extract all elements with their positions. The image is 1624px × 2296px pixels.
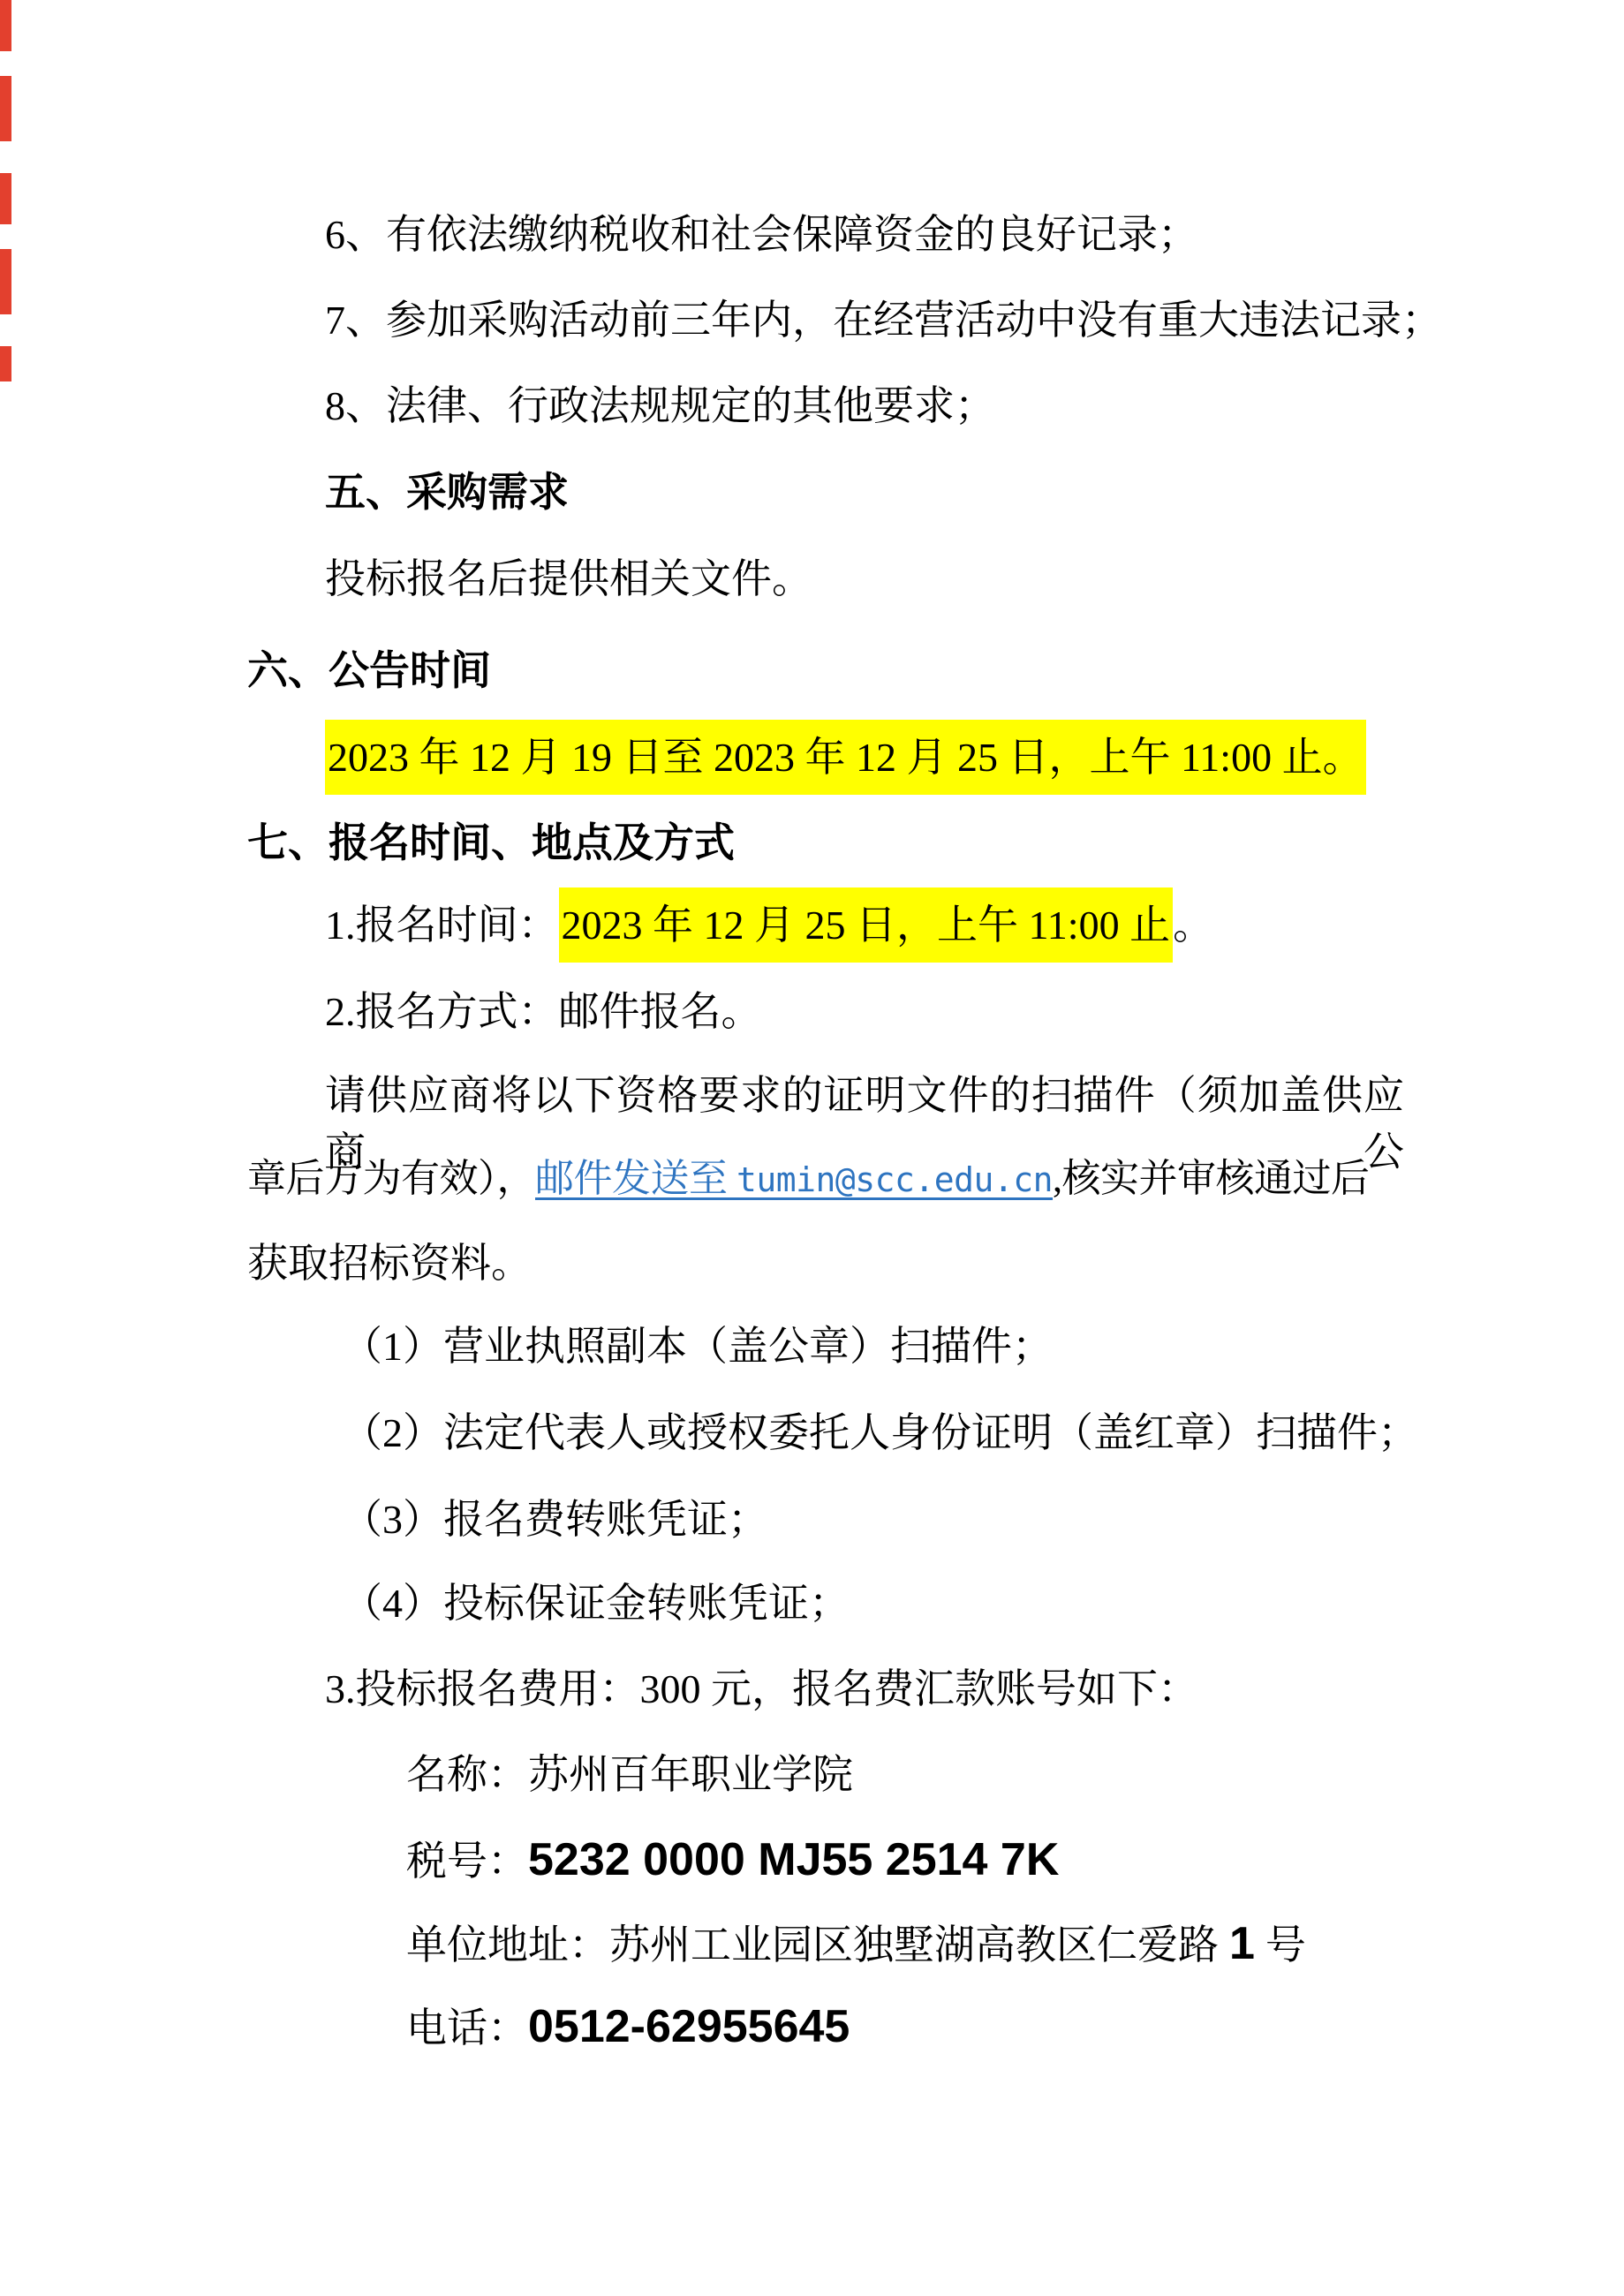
registration-time-line: 1.报名时间：2023 年 12 月 25 日，上午 11:00 止。: [247, 897, 1404, 954]
account-name-label: 名称：: [406, 1752, 528, 1797]
tax-number-line: 税号：5232 0000 MJ55 2514 7K: [247, 1832, 1404, 1890]
registration-time-period: 。: [1173, 903, 1213, 948]
registration-time-label: 1.报名时间：: [325, 903, 559, 948]
email-link[interactable]: 邮件发送至 tumin@scc.edu.cn: [535, 1157, 1053, 1200]
document-item-1: （1）营业执照副本（盖公章）扫描件；: [247, 1318, 1404, 1375]
announcement-period-highlight: 2023 年 12 月 19 日至 2023 年 12 月 25 日，上午 11…: [325, 720, 1366, 795]
announcement-period-line: 2023 年 12 月 19 日至 2023 年 12 月 25 日，上午 11…: [247, 729, 1404, 786]
document-page: 6、有依法缴纳税收和社会保障资金的良好记录； 7、参加采购活动前三年内，在经营活…: [0, 0, 1624, 2296]
requirement-item-8: 8、法律、行政法规规定的其他要求；: [247, 378, 1404, 434]
document-item-4: （4）投标保证金转账凭证；: [247, 1575, 1404, 1632]
supplier-instruction-line-2: 章后方为有效），邮件发送至 tumin@scc.edu.cn,核实并审核通过后: [247, 1151, 1404, 1208]
requirement-item-7: 7、参加采购活动前三年内，在经营活动中没有重大违法记录；: [247, 292, 1404, 349]
tax-number-value: 5232 0000 MJ55 2514 7K: [528, 1834, 1059, 1885]
registration-deadline-highlight: 2023 年 12 月 25 日，上午 11:00 止: [559, 887, 1174, 963]
fee-line: 3.投标报名费用：300 元，报名费汇款账号如下：: [247, 1661, 1404, 1718]
document-item-3: （3）报名费转账凭证；: [247, 1492, 1404, 1548]
document-item-2: （2）法定代表人或授权委托人身份证明（盖红章）扫描件；: [247, 1405, 1404, 1461]
section-5-heading: 五、采购需求: [247, 464, 1404, 521]
address-label: 单位地址：: [406, 1922, 609, 1967]
phone-label: 电话：: [406, 2005, 528, 2051]
phone-line: 电话：0512-62955645: [247, 1998, 1404, 2057]
requirement-item-6: 6、有依法缴纳税收和社会保障资金的良好记录；: [247, 207, 1404, 263]
account-name-value: 苏州百年职业学院: [528, 1752, 853, 1797]
instruction-pre-text: 章后方为有效），: [247, 1157, 535, 1200]
address-line: 单位地址：苏州工业园区独墅湖高教区仁爱路1号: [247, 1915, 1404, 1974]
instruction-post-text: ,核实并审核通过后: [1053, 1157, 1370, 1200]
tax-number-label: 税号：: [406, 1839, 528, 1884]
email-link-text: 邮件发送至: [535, 1157, 736, 1200]
email-address: tumin@scc.edu.cn: [736, 1160, 1053, 1199]
section-5-body: 投标报名后提供相关文件。: [247, 551, 1404, 608]
scan-artifact-red-strip: [0, 0, 11, 381]
account-name-line: 名称：苏州百年职业学院: [247, 1747, 1404, 1803]
section-7-heading: 七、报名时间、地点及方式: [247, 815, 1404, 872]
address-suffix: 号: [1265, 1922, 1306, 1967]
phone-value: 0512-62955645: [528, 2001, 850, 2052]
section-6-heading: 六、公告时间: [247, 643, 1404, 699]
supplier-instruction-line-3: 获取招标资料。: [247, 1235, 1404, 1292]
registration-method-line: 2.报名方式：邮件报名。: [247, 984, 1404, 1040]
address-text: 苏州工业园区独墅湖高教区仁爱路: [609, 1922, 1219, 1967]
address-number: 1: [1229, 1918, 1255, 1969]
